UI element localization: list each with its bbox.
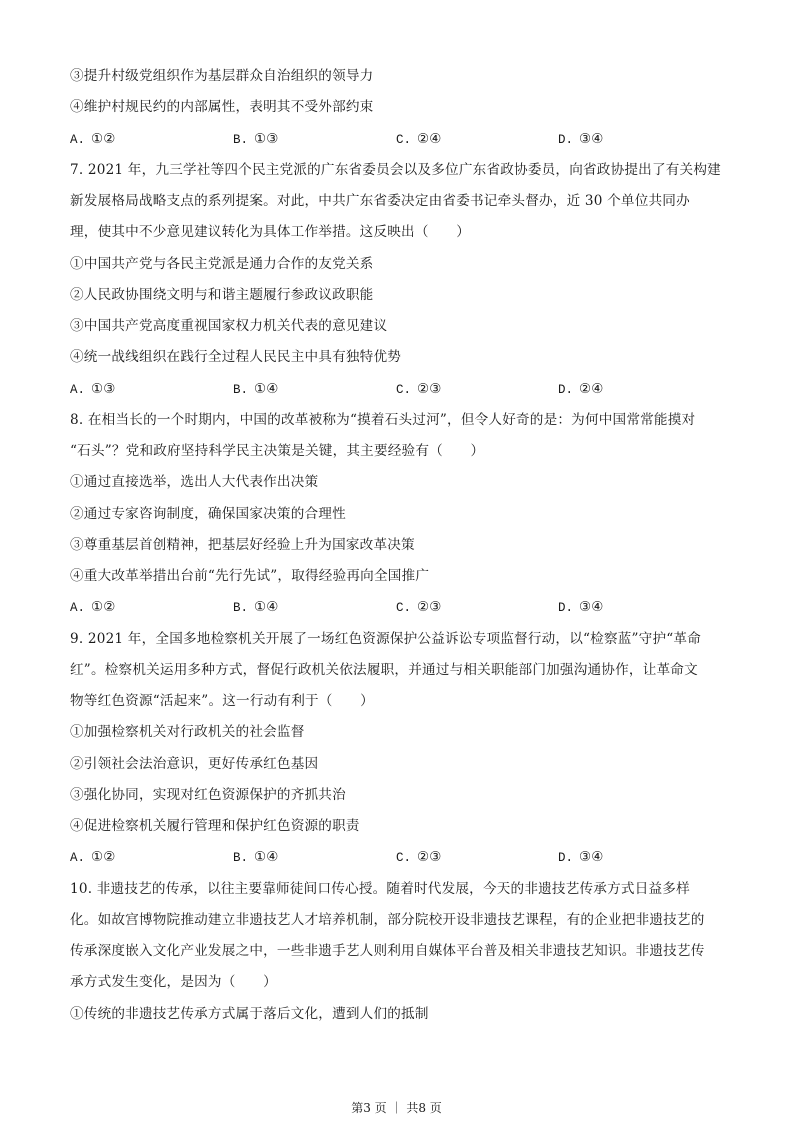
text-line: ②通过专家咨询制度，确保国家决策的合理性 (70, 505, 346, 523)
text-line: ①传统的非遗技艺传承方式属于落后文化，遭到人们的抵制 (70, 1005, 429, 1023)
option-a: A.①② (70, 848, 115, 867)
option-label: C. (396, 133, 411, 147)
text-line: ④维护村规民约的内部属性，表明其不受外部约束 (70, 98, 373, 116)
option-value: ①② (91, 599, 115, 615)
option-value: ①④ (254, 599, 278, 615)
option-label: B. (233, 851, 248, 865)
option-a: A.①② (70, 598, 115, 617)
option-value: ①④ (254, 381, 278, 397)
option-label: D. (558, 851, 573, 865)
text-line: ④促进检察机关履行管理和保护红色资源的职责 (70, 817, 360, 835)
option-b: B.①④ (233, 598, 278, 617)
option-a: A.①③ (70, 380, 115, 399)
option-label: B. (233, 601, 248, 615)
option-b: B.①③ (233, 130, 278, 149)
option-row: A.①③B.①④C.②③D.②④ (70, 380, 730, 398)
option-value: ③④ (579, 849, 603, 865)
option-label: B. (233, 383, 248, 397)
document-page: ③提升村级党组织作为基层群众自治组织的领导力④维护村规民约的内部属性，表明其不受… (0, 0, 793, 1122)
option-row: A.①②B.①③C.②④D.③④ (70, 130, 730, 148)
option-value: ②③ (417, 381, 441, 397)
option-a: A.①② (70, 130, 115, 149)
option-value: ②③ (417, 599, 441, 615)
option-label: A. (70, 383, 85, 397)
text-line: 物等红色资源“活起来”。这一行动有利于（ ） (70, 692, 374, 710)
option-value: ②④ (579, 381, 603, 397)
option-label: C. (396, 601, 411, 615)
option-row: A.①②B.①④C.②③D.③④ (70, 598, 730, 616)
option-b: B.①④ (233, 848, 278, 867)
option-c: C.②③ (396, 380, 441, 399)
text-line: ①中国共产党与各民主党派是通力合作的友党关系 (70, 255, 373, 273)
text-line: ④重大改革举措出台前“先行先试”，取得经验再向全国推广 (70, 567, 429, 585)
text-line: “石头”？党和政府坚持科学民主决策是关键，其主要经验有（ ） (70, 442, 484, 460)
text-line: ②人民政协围绕文明与和谐主题履行参政议政职能 (70, 286, 373, 304)
option-c: C.②③ (396, 598, 441, 617)
option-d: D.③④ (558, 598, 603, 617)
option-value: ③④ (579, 131, 603, 147)
option-value: ①③ (91, 381, 115, 397)
option-label: A. (70, 601, 85, 615)
text-line: ②引领社会法治意识，更好传承红色基因 (70, 755, 318, 773)
text-line: 8. 在相当长的一个时期内，中国的改革被称为“摸着石头过河”，但令人好奇的是：为… (70, 411, 695, 429)
option-d: D.②④ (558, 380, 603, 399)
text-line: ③提升村级党组织作为基层群众自治组织的领导力 (70, 67, 373, 85)
text-line: 理，使其中不少意见建议转化为具体工作举措。这反映出（ ） (70, 223, 470, 241)
option-value: ①④ (254, 849, 278, 865)
option-label: C. (396, 851, 411, 865)
option-label: C. (396, 383, 411, 397)
option-label: B. (233, 133, 248, 147)
option-label: A. (70, 133, 85, 147)
option-b: B.①④ (233, 380, 278, 399)
option-label: D. (558, 383, 573, 397)
text-line: 红”。检察机关运用多种方式，督促行政机关依法履职，并通过与相关职能部门加强沟通协… (70, 661, 698, 679)
option-c: C.②③ (396, 848, 441, 867)
text-line: ③强化协同，实现对红色资源保护的齐抓共治 (70, 786, 346, 804)
option-value: ①② (91, 131, 115, 147)
option-label: D. (558, 133, 573, 147)
option-label: A. (70, 851, 85, 865)
text-line: ①通过直接选举，选出人大代表作出决策 (70, 473, 318, 491)
text-line: 9. 2021 年，全国多地检察机关开展了一场红色资源保护公益诉讼专项监督行动，… (70, 630, 701, 648)
option-value: ③④ (579, 599, 603, 615)
option-value: ②③ (417, 849, 441, 865)
option-row: A.①②B.①④C.②③D.③④ (70, 848, 730, 866)
text-line: 传承深度嵌入文化产业发展之中，一些非遗手艺人则利用自媒体平台普及相关非遗技艺知识… (70, 942, 705, 960)
text-line: 7. 2021 年，九三学社等四个民主党派的广东省委员会以及多位广东省政协委员，… (70, 161, 721, 179)
text-line: ③尊重基层首创精神，把基层好经验上升为国家改革决策 (70, 536, 415, 554)
text-line: 承方式发生变化，是因为（ ） (70, 973, 277, 991)
text-line: ④统一战线组织在践行全过程人民民主中具有独特优势 (70, 348, 401, 366)
page-footer: 第3 页 ｜ 共8 页 (0, 1100, 793, 1116)
text-line: ①加强检察机关对行政机关的社会监督 (70, 723, 305, 741)
text-line: 新发展格局战略支点的系列提案。对此，中共广东省委决定由省委书记牵头督办，近 30… (70, 192, 690, 210)
option-value: ①③ (254, 131, 278, 147)
text-line: 10. 非遗技艺的传承，以往主要靠师徒间口传心授。随着时代发展，今天的非遗技艺传… (70, 880, 690, 898)
text-line: ③中国共产党高度重视国家权力机关代表的意见建议 (70, 317, 387, 335)
option-value: ②④ (417, 131, 441, 147)
text-line: 化。如故宫博物院推动建立非遗技艺人才培养机制，部分院校开设非遗技艺课程，有的企业… (70, 911, 705, 929)
option-d: D.③④ (558, 848, 603, 867)
option-c: C.②④ (396, 130, 441, 149)
option-label: D. (558, 601, 573, 615)
option-value: ①② (91, 849, 115, 865)
option-d: D.③④ (558, 130, 603, 149)
